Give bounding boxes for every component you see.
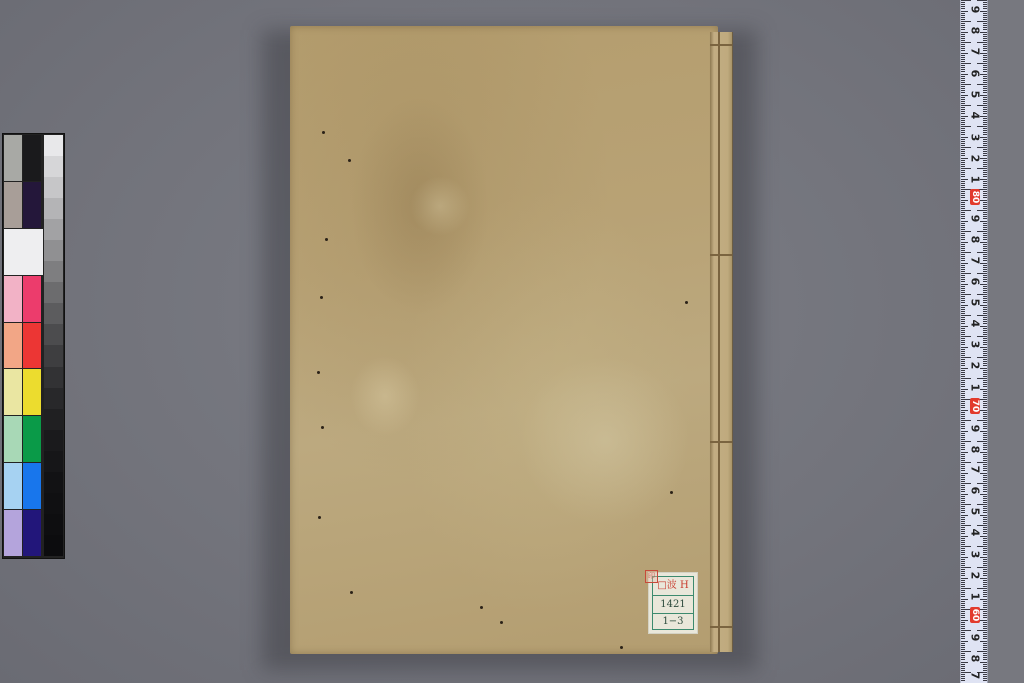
ruler-tick	[983, 355, 987, 356]
ruler-tick	[983, 275, 987, 276]
ruler-tick	[961, 296, 965, 297]
ruler-tick	[961, 626, 965, 627]
ruler-tick	[983, 15, 987, 16]
color-swatch	[23, 323, 41, 369]
ruler-tick	[961, 494, 968, 495]
ruler-tick	[983, 13, 987, 14]
ruler-tick	[961, 544, 965, 545]
ruler-tick	[961, 517, 965, 518]
wormhole	[620, 646, 623, 649]
ruler-tick	[961, 527, 965, 528]
ruler-tick	[980, 620, 987, 621]
ruler-tick	[961, 277, 965, 278]
ruler-tick	[983, 580, 987, 581]
ruler-tick	[961, 580, 965, 581]
ruler-tick	[961, 256, 965, 257]
ruler-label: 3	[969, 338, 982, 352]
ruler-tick	[983, 212, 987, 213]
ruler-tick	[983, 342, 987, 343]
ruler-tick	[983, 277, 987, 278]
gray-step	[44, 345, 63, 366]
ruler-tick	[961, 172, 965, 173]
ruler-tick	[961, 416, 965, 417]
gray-step	[44, 493, 63, 514]
color-swatch	[4, 229, 43, 275]
ruler-tick	[983, 258, 987, 259]
ruler-tick	[983, 393, 987, 394]
ruler-tick	[983, 250, 987, 251]
ruler-label: 7	[969, 463, 982, 477]
ruler-tick	[961, 407, 965, 408]
wormhole	[670, 491, 673, 494]
ruler-tick	[961, 554, 965, 555]
ruler-tick	[983, 445, 987, 446]
ruler-tick	[961, 290, 965, 291]
ruler-tick	[983, 412, 987, 413]
ruler-tick	[961, 378, 971, 379]
ruler-tick	[961, 99, 965, 100]
ruler-tick	[961, 116, 968, 117]
ruler-tick	[961, 458, 965, 459]
ruler-tick	[983, 649, 987, 650]
ruler-tick	[983, 23, 987, 24]
ruler-tick	[961, 55, 965, 56]
ruler-tick	[983, 128, 987, 129]
ruler-tick	[961, 69, 965, 70]
ruler-tick	[983, 680, 987, 681]
ruler-tick	[961, 321, 965, 322]
ruler-tick	[961, 109, 965, 110]
ruler-tick	[983, 29, 987, 30]
ruler-major-label: 80	[970, 189, 980, 205]
ruler-tick	[961, 32, 968, 33]
ruler-tick	[961, 292, 965, 293]
ruler-tick	[983, 286, 987, 287]
ruler-tick	[961, 44, 965, 45]
ruler-tick	[983, 666, 987, 667]
ruler-tick	[983, 2, 987, 3]
ruler-tick	[983, 86, 987, 87]
ruler-tick	[983, 149, 987, 150]
ruler-tick	[961, 181, 965, 182]
ruler-tick	[961, 445, 965, 446]
ruler-tick	[977, 84, 987, 85]
ruler-tick	[983, 61, 987, 62]
ruler-tick	[961, 510, 965, 511]
ruler-tick	[983, 321, 987, 322]
ruler-label: 9	[969, 422, 982, 436]
ruler-tick	[983, 27, 987, 28]
ruler-tick	[961, 95, 968, 96]
ruler-label: 8	[969, 443, 982, 457]
backdrop-right-edge	[986, 0, 1024, 683]
color-checker-card	[2, 133, 65, 559]
ruler-tick	[961, 389, 968, 390]
ruler-tick	[983, 267, 987, 268]
ruler-tick	[961, 254, 965, 255]
ruler-tick	[983, 185, 987, 186]
ruler-tick	[983, 622, 987, 623]
ruler-tick	[983, 418, 987, 419]
ruler-tick	[983, 439, 987, 440]
ruler-tick	[961, 139, 965, 140]
wormhole	[320, 296, 323, 299]
wormhole	[685, 301, 688, 304]
ruler-tick	[961, 557, 968, 558]
ruler-tick	[961, 550, 965, 551]
ruler-tick	[983, 506, 987, 507]
ruler-tick	[961, 590, 965, 591]
ruler-tick	[961, 227, 965, 228]
ruler-tick	[983, 19, 987, 20]
ruler-tick	[961, 653, 965, 654]
color-swatch	[23, 416, 41, 462]
ruler-tick	[961, 452, 968, 453]
ruler-tick	[961, 80, 965, 81]
ruler-label: 8	[969, 24, 982, 38]
ruler-tick	[961, 65, 965, 66]
ruler-tick	[983, 433, 987, 434]
ruler-tick	[983, 208, 987, 209]
ruler-tick	[983, 426, 987, 427]
ruler-tick	[983, 403, 987, 404]
ruler-tick	[983, 78, 987, 79]
ruler-tick	[961, 15, 965, 16]
ruler-tick	[983, 670, 987, 671]
ruler-tick	[961, 204, 965, 205]
ruler-tick	[961, 649, 965, 650]
ruler-tick	[983, 172, 987, 173]
cover-worn-area	[520, 356, 690, 526]
ruler-major-label: 70	[970, 398, 980, 414]
ruler-tick	[961, 628, 965, 629]
ruler-tick	[961, 143, 965, 144]
ruler-tick	[983, 254, 987, 255]
ruler-tick	[961, 414, 965, 415]
ruler-tick	[977, 378, 987, 379]
ruler-tick	[983, 40, 987, 41]
ruler-tick	[961, 475, 965, 476]
ruler-tick	[961, 221, 968, 222]
ruler-tick	[961, 563, 965, 564]
ruler-tick	[961, 370, 965, 371]
ruler-tick	[983, 288, 987, 289]
ruler-tick	[983, 634, 987, 635]
ruler-tick	[983, 323, 987, 324]
ruler-tick	[983, 596, 987, 597]
ruler-tick	[983, 613, 987, 614]
ruler-tick	[961, 147, 971, 148]
ruler-tick	[961, 596, 965, 597]
ruler-tick	[961, 552, 965, 553]
ruler-tick	[983, 487, 987, 488]
ruler-tick	[961, 250, 965, 251]
gray-step	[44, 324, 63, 345]
ruler-label: 7	[969, 45, 982, 59]
color-swatch	[23, 463, 41, 509]
ruler-tick	[961, 523, 965, 524]
ruler-tick	[961, 134, 965, 135]
ruler-tick	[983, 17, 987, 18]
ruler-tick	[983, 361, 987, 362]
ruler-tick	[961, 118, 965, 119]
ruler-tick	[961, 313, 965, 314]
binding-stitch	[710, 441, 732, 443]
ruler-tick	[983, 603, 987, 604]
ruler-tick	[961, 307, 965, 308]
ruler-tick	[961, 120, 965, 121]
ruler-tick	[961, 57, 965, 58]
ruler-tick	[983, 569, 987, 570]
ruler-tick	[961, 529, 965, 530]
ruler-tick	[983, 468, 987, 469]
ruler-tick	[961, 319, 965, 320]
ruler-tick	[961, 82, 965, 83]
ruler-tick	[961, 200, 968, 201]
ruler-tick	[961, 521, 965, 522]
ruler-tick	[961, 636, 965, 637]
ruler-tick	[983, 401, 987, 402]
ruler-tick	[983, 103, 987, 104]
ruler-tick	[983, 57, 987, 58]
binding-stitch	[710, 44, 732, 46]
ruler-tick	[983, 584, 987, 585]
ruler-tick	[983, 307, 987, 308]
ruler-tick	[983, 153, 987, 154]
ruler-tick	[983, 46, 987, 47]
ruler-tick	[983, 48, 987, 49]
ruler-tick	[961, 344, 965, 345]
ruler-tick	[961, 326, 968, 327]
ruler-tick	[961, 349, 965, 350]
ruler-tick	[983, 65, 987, 66]
ruler-tick	[961, 353, 965, 354]
ruler-tick	[961, 74, 968, 75]
ruler-tick	[983, 88, 987, 89]
ruler-tick	[961, 42, 971, 43]
ruler-tick	[983, 332, 987, 333]
ruler-tick	[961, 126, 971, 127]
ruler-label: 6	[969, 275, 982, 289]
ruler-tick	[983, 82, 987, 83]
ruler-tick	[961, 470, 965, 471]
ruler-tick	[961, 334, 965, 335]
ruler-tick	[983, 592, 987, 593]
ruler-tick	[983, 223, 987, 224]
ruler-tick	[983, 559, 987, 560]
ruler-tick	[983, 174, 987, 175]
ruler-tick	[961, 359, 965, 360]
ruler-tick	[961, 332, 965, 333]
ruler-tick	[961, 540, 965, 541]
ruler-tick	[961, 605, 965, 606]
ruler-tick	[961, 281, 965, 282]
ruler-tick	[983, 456, 987, 457]
ruler-tick	[961, 122, 965, 123]
ruler-tick	[983, 647, 987, 648]
ruler-tick	[961, 380, 965, 381]
ruler-tick	[961, 376, 965, 377]
ruler-tick	[983, 374, 987, 375]
ruler-tick	[961, 676, 965, 677]
ruler-tick	[961, 0, 971, 1]
ruler-tick	[983, 607, 987, 608]
ruler-tick	[977, 168, 987, 169]
ruler-tick	[983, 561, 987, 562]
ruler-tick	[961, 599, 968, 600]
ruler-tick	[983, 216, 987, 217]
ruler-tick	[961, 502, 965, 503]
ruler-tick	[983, 239, 987, 240]
ruler-tick	[983, 344, 987, 345]
ruler-tick	[961, 460, 965, 461]
ruler-label: 1	[969, 173, 982, 187]
label-volume-range: 1−3	[653, 614, 693, 630]
ruler-tick	[983, 271, 987, 272]
ruler-label: 4	[969, 526, 982, 540]
ruler-tick	[983, 319, 987, 320]
ruler-tick	[961, 92, 965, 93]
ruler-label: 6	[969, 484, 982, 498]
ruler-tick	[961, 128, 965, 129]
ruler-tick	[961, 214, 965, 215]
ruler-tick	[983, 235, 987, 236]
ruler-tick	[983, 508, 987, 509]
cover-worn-area	[410, 176, 470, 236]
ruler-tick	[961, 578, 968, 579]
gray-step	[44, 409, 63, 430]
ruler-tick	[961, 2, 965, 3]
ruler-tick	[983, 540, 987, 541]
ruler-tick	[983, 386, 987, 387]
color-swatch	[4, 135, 22, 181]
ruler-tick	[983, 605, 987, 606]
ruler-tick	[983, 269, 987, 270]
ruler-tick	[983, 489, 987, 490]
ruler-tick	[961, 428, 965, 429]
ruler-tick	[961, 519, 965, 520]
ruler-tick	[983, 290, 987, 291]
ruler-tick	[961, 17, 965, 18]
ruler-tick	[961, 149, 965, 150]
binding-thread	[718, 32, 720, 652]
ruler-tick	[983, 405, 987, 406]
ruler-tick	[983, 376, 987, 377]
ruler-tick	[961, 624, 965, 625]
red-seal-stamp: 印	[645, 570, 658, 583]
ruler-tick	[961, 536, 968, 537]
gray-step	[44, 367, 63, 388]
ruler-label: 1	[969, 590, 982, 604]
ruler-tick	[983, 6, 987, 7]
ruler-label: 4	[969, 317, 982, 331]
ruler-tick	[983, 626, 987, 627]
ruler-tick	[961, 260, 965, 261]
color-swatch	[4, 510, 22, 556]
ruler-tick	[961, 418, 965, 419]
ruler-tick	[983, 460, 987, 461]
ruler-tick	[961, 412, 965, 413]
ruler-tick	[961, 225, 965, 226]
ruler-tick	[983, 227, 987, 228]
ruler-tick	[961, 269, 965, 270]
ruler-tick	[961, 481, 965, 482]
wormhole	[350, 591, 353, 594]
color-swatch	[23, 369, 41, 415]
ruler-tick	[961, 208, 965, 209]
ruler-tick	[961, 466, 965, 467]
ruler-tick	[983, 527, 987, 528]
ruler-tick	[983, 544, 987, 545]
ruler-label: 5	[969, 88, 982, 102]
ruler-tick	[961, 634, 965, 635]
ruler-tick	[983, 664, 987, 665]
book	[290, 26, 733, 656]
color-swatch	[23, 182, 41, 228]
ruler-tick	[977, 63, 987, 64]
ruler-tick	[983, 122, 987, 123]
ruler-label: 5	[969, 505, 982, 519]
ruler-tick	[961, 76, 965, 77]
ruler-tick	[961, 338, 965, 339]
ruler-tick	[977, 105, 987, 106]
ruler-tick	[983, 674, 987, 675]
ruler-tick	[983, 372, 987, 373]
ruler-tick	[983, 130, 987, 131]
ruler-tick	[961, 384, 965, 385]
ruler-tick	[961, 456, 965, 457]
ruler-tick	[961, 508, 965, 509]
ruler-tick	[961, 569, 965, 570]
ruler-tick	[983, 563, 987, 564]
ruler-tick	[983, 628, 987, 629]
ruler-tick	[961, 88, 965, 89]
ruler-tick	[983, 481, 987, 482]
ruler-tick	[983, 550, 987, 551]
ruler-tick	[983, 298, 987, 299]
ruler-tick	[961, 242, 968, 243]
gray-step	[44, 135, 63, 156]
ruler-tick	[961, 61, 965, 62]
ruler-tick	[983, 659, 987, 660]
ruler-tick	[983, 330, 987, 331]
ruler-tick	[983, 370, 987, 371]
ruler-tick	[983, 124, 987, 125]
ruler-tick	[983, 340, 987, 341]
ruler-tick	[961, 515, 968, 516]
gray-step	[44, 451, 63, 472]
ruler-tick	[961, 40, 965, 41]
ruler-tick	[961, 191, 965, 192]
ruler-tick	[961, 300, 965, 301]
ruler-tick	[961, 487, 965, 488]
ruler-tick	[961, 185, 965, 186]
ruler-tick	[980, 200, 987, 201]
ruler-tick	[961, 641, 968, 642]
ruler-tick	[961, 78, 965, 79]
ruler-tick	[961, 603, 965, 604]
ruler-tick	[961, 155, 965, 156]
ruler-tick	[961, 454, 965, 455]
ruler-tick	[961, 330, 965, 331]
ruler-tick	[983, 120, 987, 121]
gray-step	[44, 430, 63, 451]
ruler-tick	[961, 365, 965, 366]
wormhole	[500, 621, 503, 624]
ruler-tick	[961, 46, 965, 47]
ruler-tick	[983, 590, 987, 591]
ruler-tick	[961, 368, 968, 369]
